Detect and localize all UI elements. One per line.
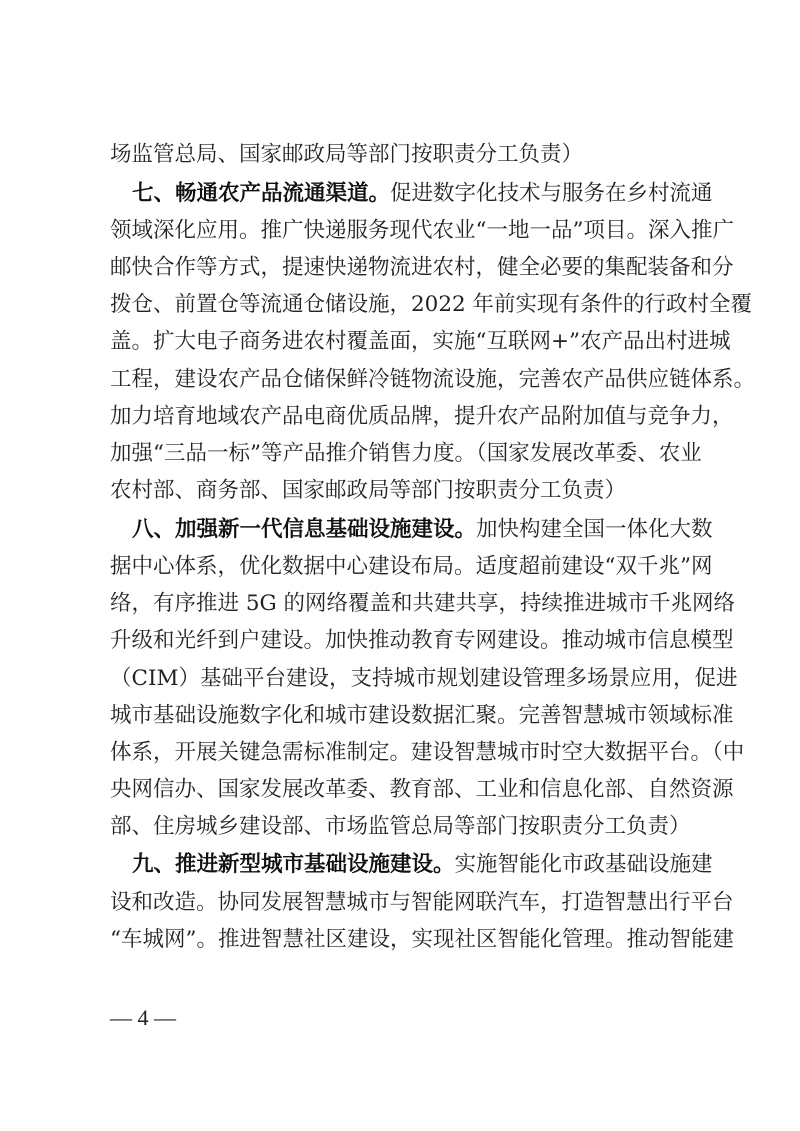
paragraph-text: 络，有序推进 5G 的网络覆盖和共建共享，持续推进城市千兆网络 xyxy=(110,591,735,616)
text-line: 拨仓、前置仓等流通仓储设施，2022 年前实现有条件的行政村全覆 xyxy=(110,290,690,320)
paragraph-text: 加快构建全国一体化大数 xyxy=(476,517,713,542)
text-line: 盖。扩大电子商务进农村覆盖面，实施“互联网+”农产品出村进城 xyxy=(110,327,690,357)
paragraph-text: 邮快合作等方式，提速快递物流进农村，健全必要的集配装备和分 xyxy=(110,255,734,280)
paragraph-text: 体系，开展关键急需标准制定。建设智慧城市时空大数据平台。（中 xyxy=(110,740,744,765)
text-line: 工程，建设农产品仓储保鲜冷链物流设施，完善农产品供应链体系。 xyxy=(110,365,690,395)
paragraph-text: 促进数字化技术与服务在乡村流通 xyxy=(390,181,713,206)
paragraph-text: 升级和光纤到户建设。加快推动教育专网建设。推动城市信息模型 xyxy=(110,628,734,653)
text-line: 升级和光纤到户建设。加快推动教育专网建设。推动城市信息模型 xyxy=(110,626,690,656)
paragraph-text: 加强“三品一标”等产品推介销售力度。（国家发展改革委、农业 xyxy=(110,441,702,466)
text-line: 农村部、商务部、国家邮政局等部门按职责分工负责） xyxy=(110,476,690,506)
text-line: “车城网”。推进智慧社区建设，实现社区智能化管理。推动智能建 xyxy=(110,925,690,955)
paragraph-text: 实施智能化市政基础设施建 xyxy=(455,852,713,877)
paragraph-text: 农村部、商务部、国家邮政局等部门按职责分工负责） xyxy=(110,478,626,503)
text-line: 加强“三品一标”等产品推介销售力度。（国家发展改革委、农业 xyxy=(110,439,690,469)
section-heading-line: 九、推进新型城市基础设施建设。实施智能化市政基础设施建 xyxy=(132,850,690,880)
section-heading-line: 八、加强新一代信息基础设施建设。加快构建全国一体化大数 xyxy=(132,515,690,545)
paragraph-text: 拨仓、前置仓等流通仓储设施，2022 年前实现有条件的行政村全覆 xyxy=(110,292,752,317)
text-line: 邮快合作等方式，提速快递物流进农村，健全必要的集配装备和分 xyxy=(110,253,690,283)
paragraph-text: 盖。扩大电子商务进农村覆盖面，实施“互联网+”农产品出村进城 xyxy=(110,329,731,354)
section-heading: 八、加强新一代信息基础设施建设。 xyxy=(132,517,476,542)
text-line: 央网信办、国家发展改革委、教育部、工业和信息化部、自然资源 xyxy=(110,775,690,805)
paragraph-text: “车城网”。推进智慧社区建设，实现社区智能化管理。推动智能建 xyxy=(110,927,734,952)
text-line: 据中心体系，优化数据中心建设布局。适度超前建设“双千兆”网 xyxy=(110,552,690,582)
paragraph-text: 设和改造。协同发展智慧城市与智能网联汽车，打造智慧出行平台 xyxy=(110,890,734,915)
paragraph-text: 央网信办、国家发展改革委、教育部、工业和信息化部、自然资源 xyxy=(110,777,734,802)
text-line: 加力培育地域农产品电商优质品牌，提升农产品附加值与竞争力， xyxy=(110,402,690,432)
paragraph-text: 加力培育地域农产品电商优质品牌，提升农产品附加值与竞争力， xyxy=(110,404,734,429)
section-heading-line: 七、畅通农产品流通渠道。促进数字化技术与服务在乡村流通 xyxy=(132,179,690,209)
paragraph-text: （CIM）基础平台建设，支持城市规划建设管理多场景应用，促进 xyxy=(110,666,737,691)
section-heading: 九、推进新型城市基础设施建设。 xyxy=(132,852,455,877)
text-line: 体系，开展关键急需标准制定。建设智慧城市时空大数据平台。（中 xyxy=(110,738,690,768)
document-page: 场监管总局、国家邮政局等部门按职责分工负责）七、畅通农产品流通渠道。促进数字化技… xyxy=(0,0,800,1131)
paragraph-text: 领域深化应用。推广快递服务现代农业“一地一品”项目。深入推广 xyxy=(110,218,734,243)
text-line: 城市基础设施数字化和城市建设数据汇聚。完善智慧城市领域标准 xyxy=(110,701,690,731)
paragraph-text: 场监管总局、国家邮政局等部门按职责分工负责） xyxy=(110,142,583,167)
paragraph-text: 据中心体系，优化数据中心建设布局。适度超前建设“双千兆”网 xyxy=(110,554,713,579)
text-line: 设和改造。协同发展智慧城市与智能网联汽车，打造智慧出行平台 xyxy=(110,888,690,918)
paragraph-text: 城市基础设施数字化和城市建设数据汇聚。完善智慧城市领域标准 xyxy=(110,703,734,728)
text-line: 络，有序推进 5G 的网络覆盖和共建共享，持续推进城市千兆网络 xyxy=(110,589,690,619)
text-line: （CIM）基础平台建设，支持城市规划建设管理多场景应用，促进 xyxy=(110,664,690,694)
section-heading: 七、畅通农产品流通渠道。 xyxy=(132,181,390,206)
text-line: 场监管总局、国家邮政局等部门按职责分工负责） xyxy=(110,140,690,170)
text-line: 部、住房城乡建设部、市场监管总局等部门按职责分工负责） xyxy=(110,812,690,842)
paragraph-text: 部、住房城乡建设部、市场监管总局等部门按职责分工负责） xyxy=(110,814,691,839)
text-line: 领域深化应用。推广快递服务现代农业“一地一品”项目。深入推广 xyxy=(110,216,690,246)
page-number: — 4 — xyxy=(110,1005,176,1031)
paragraph-text: 工程，建设农产品仓储保鲜冷链物流设施，完善农产品供应链体系。 xyxy=(110,367,755,392)
